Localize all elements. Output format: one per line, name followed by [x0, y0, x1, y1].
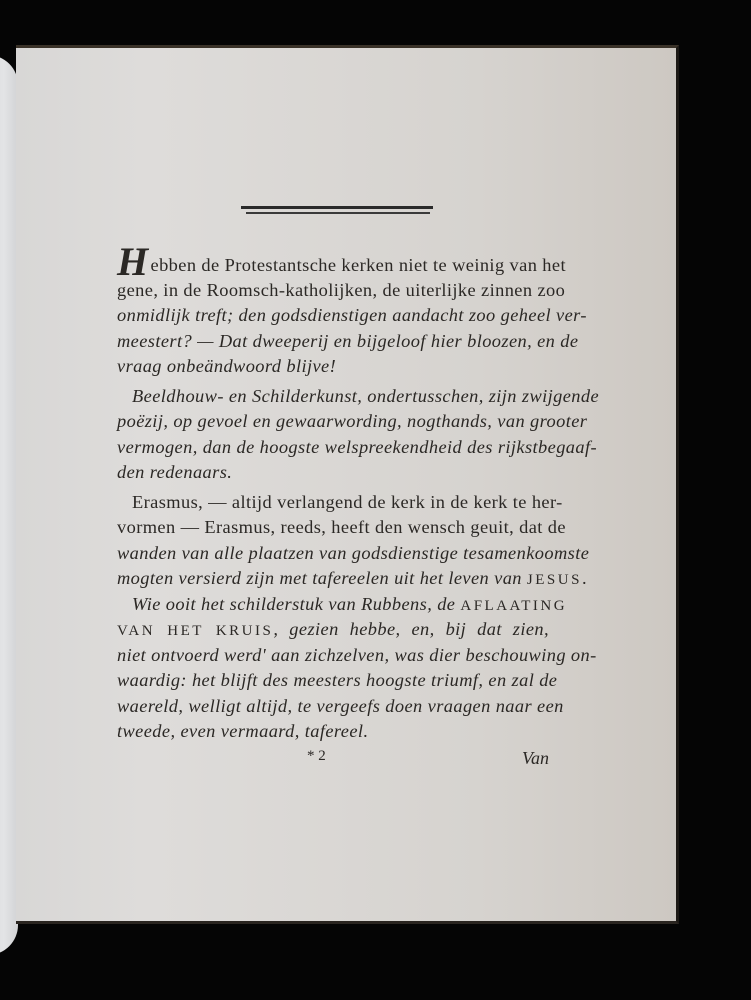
text-line: waereld, welligt altijd, te vergeefs doe…	[117, 694, 549, 720]
text-line: den redenaars.	[117, 460, 549, 486]
text-line: vermogen, dan de hoogste welspreekendhei…	[117, 435, 549, 461]
text-line: vormen — Erasmus, reeds, heeft den wensc…	[117, 515, 549, 541]
text-line: mogten versierd zijn met tafereelen uit …	[117, 566, 549, 592]
text-line: niet ontvoerd werd' aan zichzelven, was …	[117, 643, 549, 669]
text-line: tweede, even vermaard, tafereel.	[117, 719, 549, 745]
text-line: gene, in de Roomsch-katholijken, de uite…	[117, 278, 549, 304]
text-line: waardig: het blijft des meesters hoogste…	[117, 668, 549, 694]
ornamental-rule-top	[241, 206, 433, 209]
text-line: VAN HET KRUIS, gezien hebbe, en, bij dat…	[117, 617, 549, 643]
text-line: Beeldhouw- en Schilderkunst, ondertussch…	[117, 384, 549, 410]
text-line: onmidlijk treft; den godsdienstigen aand…	[117, 303, 549, 329]
signature-mark: * 2	[307, 748, 326, 765]
paragraph-4: Wie ooit het schilderstuk van Rubbens, d…	[117, 592, 549, 745]
text-line: wanden van alle plaatzen van godsdiensti…	[117, 541, 549, 567]
text-line: Wie ooit het schilderstuk van Rubbens, d…	[117, 592, 549, 618]
text-line: meestert? — Dat dweeperij en bijgeloof h…	[117, 329, 549, 355]
page-footer: * 2 Van	[117, 748, 549, 772]
text-line: vraag onbeändwoord blijve!	[117, 354, 549, 380]
paragraph-2: Beeldhouw- en Schilderkunst, ondertussch…	[117, 384, 549, 486]
text-line: Erasmus, — altijd verlangend de kerk in …	[117, 490, 549, 516]
catchword: Van	[522, 748, 549, 769]
paragraph-1: Hebben de Protestantsche kerken niet te …	[117, 252, 549, 380]
text-line: poëzij, op gevoel en gewaarwording, nogt…	[117, 409, 549, 435]
ornamental-rule-bottom	[246, 212, 430, 214]
body-text: Hebben de Protestantsche kerken niet te …	[117, 252, 549, 745]
text-line: Hebben de Protestantsche kerken niet te …	[117, 252, 549, 278]
paragraph-3: Erasmus, — altijd verlangend de kerk in …	[117, 490, 549, 592]
